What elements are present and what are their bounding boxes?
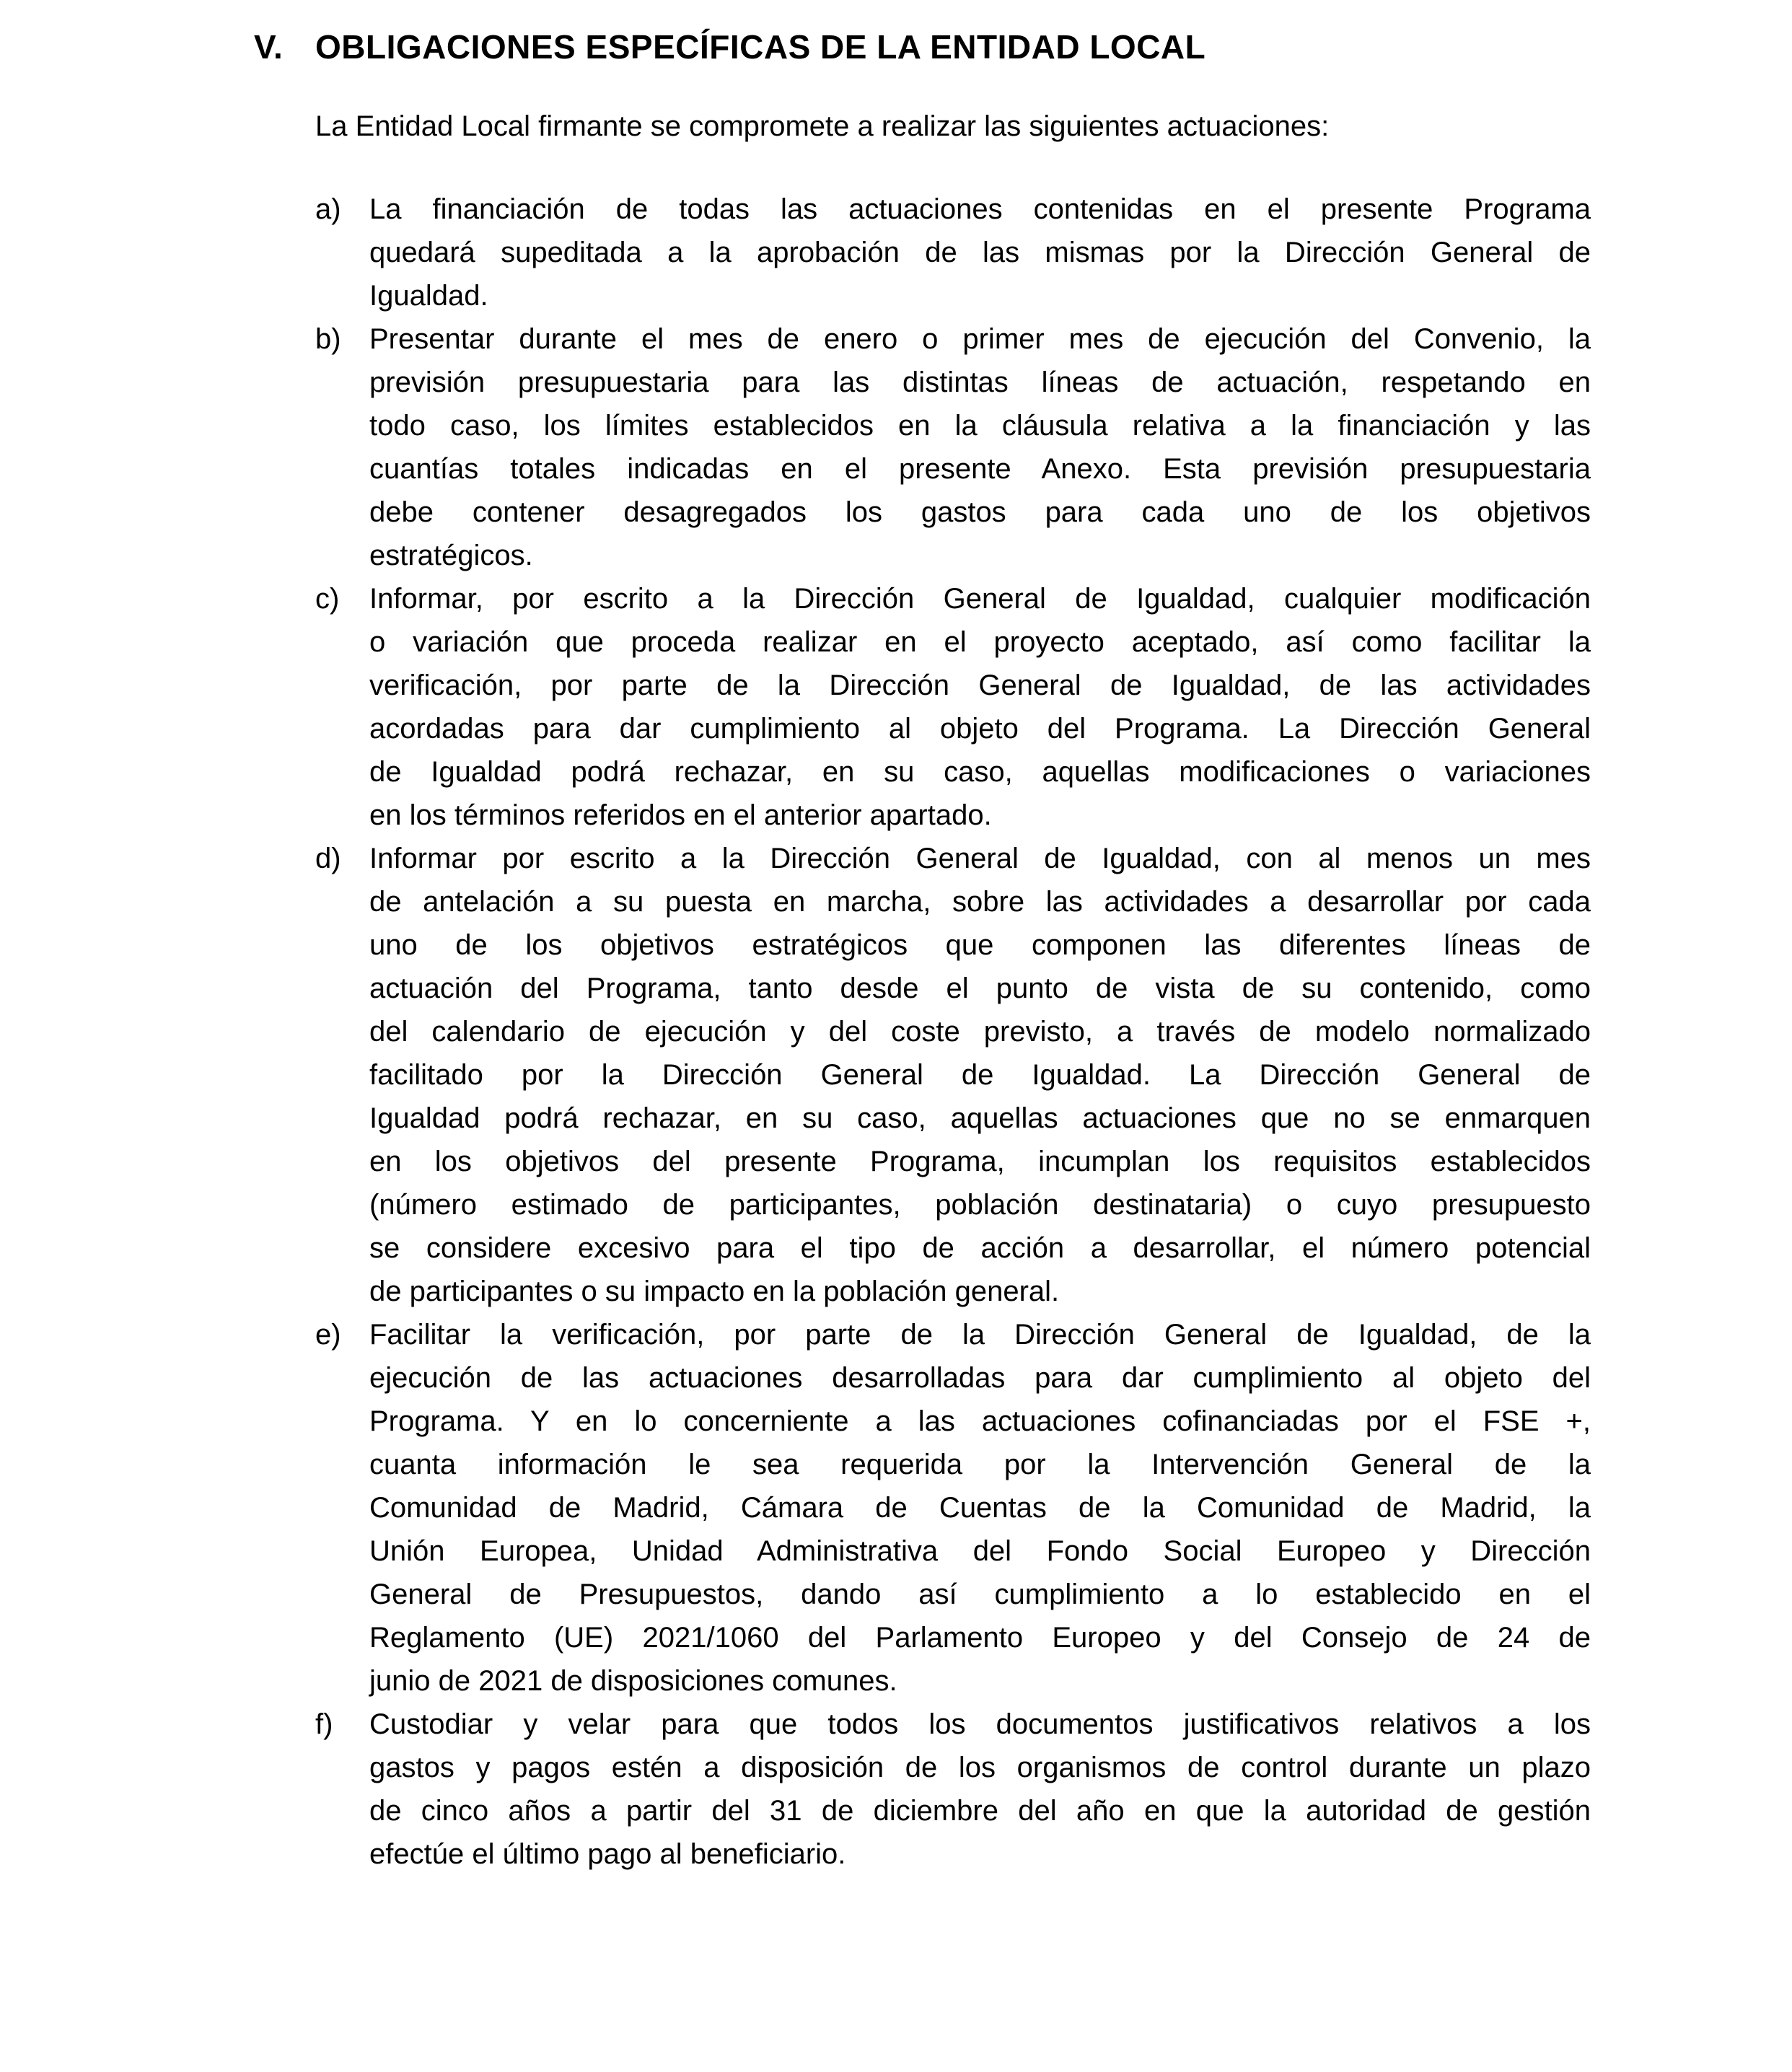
item-marker: e) — [315, 1313, 369, 1356]
text-line: Unión Europea, Unidad Administrativa del… — [369, 1529, 1591, 1573]
item-text: La financiación de todas las actuaciones… — [369, 188, 1591, 317]
text-line: ejecución de las actuaciones desarrollad… — [369, 1356, 1591, 1400]
section-title: OBLIGACIONES ESPECÍFICAS DE LA ENTIDAD L… — [315, 25, 1205, 69]
item-text: Facilitar la verificación, por parte de … — [369, 1313, 1591, 1703]
section-numeral: V. — [254, 25, 315, 69]
text-line: actuación del Programa, tanto desde el p… — [369, 967, 1591, 1010]
text-line: junio de 2021 de disposiciones comunes. — [369, 1659, 1591, 1703]
text-line: gastos y pagos estén a disposición de lo… — [369, 1746, 1591, 1789]
text-line: debe contener desagregados los gastos pa… — [369, 491, 1591, 534]
text-line: (número estimado de participantes, pobla… — [369, 1183, 1591, 1226]
item-marker: b) — [315, 317, 369, 361]
text-line: Facilitar la verificación, por parte de … — [369, 1313, 1591, 1356]
text-line: La financiación de todas las actuaciones… — [369, 188, 1591, 231]
text-line: de participantes o su impacto en la pobl… — [369, 1270, 1591, 1313]
item-marker: c) — [315, 577, 369, 620]
text-line: acordadas para dar cumplimiento al objet… — [369, 707, 1591, 750]
item-text: Presentar durante el mes de enero o prim… — [369, 317, 1591, 577]
text-line: previsión presupuestaria para las distin… — [369, 361, 1591, 404]
text-line: se considere excesivo para el tipo de ac… — [369, 1226, 1591, 1270]
text-line: cuantías totales indicadas en el present… — [369, 447, 1591, 491]
text-line: Igualdad podrá rechazar, en su caso, aqu… — [369, 1097, 1591, 1140]
text-line: Informar por escrito a la Dirección Gene… — [369, 837, 1591, 880]
text-line: de antelación a su puesta en marcha, sob… — [369, 880, 1591, 923]
text-line: facilitado por la Dirección General de I… — [369, 1053, 1591, 1097]
text-line: en los términos referidos en el anterior… — [369, 794, 1591, 837]
list-item-e: e)Facilitar la verificación, por parte d… — [315, 1313, 1591, 1703]
item-marker: f) — [315, 1703, 369, 1746]
text-line: Comunidad de Madrid, Cámara de Cuentas d… — [369, 1486, 1591, 1529]
text-line: todo caso, los límites establecidos en l… — [369, 404, 1591, 447]
text-line: de cinco años a partir del 31 de diciemb… — [369, 1789, 1591, 1832]
list-item-f: f)Custodiar y velar para que todos los d… — [315, 1703, 1591, 1876]
text-line: Reglamento (UE) 2021/1060 del Parlamento… — [369, 1616, 1591, 1659]
text-line: Presentar durante el mes de enero o prim… — [369, 317, 1591, 361]
text-line: o variación que proceda realizar en el p… — [369, 620, 1591, 664]
item-text: Custodiar y velar para que todos los doc… — [369, 1703, 1591, 1876]
text-line: Programa. Y en lo concerniente a las act… — [369, 1400, 1591, 1443]
section-heading: V. OBLIGACIONES ESPECÍFICAS DE LA ENTIDA… — [254, 25, 1792, 69]
text-line: uno de los objetivos estratégicos que co… — [369, 923, 1591, 967]
item-marker: a) — [315, 188, 369, 231]
text-line: en los objetivos del presente Programa, … — [369, 1140, 1591, 1183]
text-line: Informar, por escrito a la Dirección Gen… — [369, 577, 1591, 620]
item-text: Informar por escrito a la Dirección Gene… — [369, 837, 1591, 1313]
list-item-c: c)Informar, por escrito a la Dirección G… — [315, 577, 1591, 837]
text-line: verificación, por parte de la Dirección … — [369, 664, 1591, 707]
text-line: cuanta información le sea requerida por … — [369, 1443, 1591, 1486]
text-line: General de Presupuestos, dando así cumpl… — [369, 1573, 1591, 1616]
item-text: Informar, por escrito a la Dirección Gen… — [369, 577, 1591, 837]
text-line: del calendario de ejecución y del coste … — [369, 1010, 1591, 1053]
item-marker: d) — [315, 837, 369, 880]
text-line: de Igualdad podrá rechazar, en su caso, … — [369, 750, 1591, 794]
obligations-list: a)La financiación de todas las actuacion… — [315, 188, 1591, 1876]
list-item-d: d)Informar por escrito a la Dirección Ge… — [315, 837, 1591, 1313]
document-page: V. OBLIGACIONES ESPECÍFICAS DE LA ENTIDA… — [0, 0, 1792, 2072]
intro-paragraph: La Entidad Local firmante se compromete … — [315, 105, 1590, 148]
text-line: quedará supeditada a la aprobación de la… — [369, 231, 1591, 274]
text-line: Igualdad. — [369, 274, 1591, 317]
text-line: efectúe el último pago al beneficiario. — [369, 1832, 1591, 1876]
list-item-a: a)La financiación de todas las actuacion… — [315, 188, 1591, 317]
text-line: estratégicos. — [369, 534, 1591, 577]
text-line: Custodiar y velar para que todos los doc… — [369, 1703, 1591, 1746]
list-item-b: b)Presentar durante el mes de enero o pr… — [315, 317, 1591, 577]
